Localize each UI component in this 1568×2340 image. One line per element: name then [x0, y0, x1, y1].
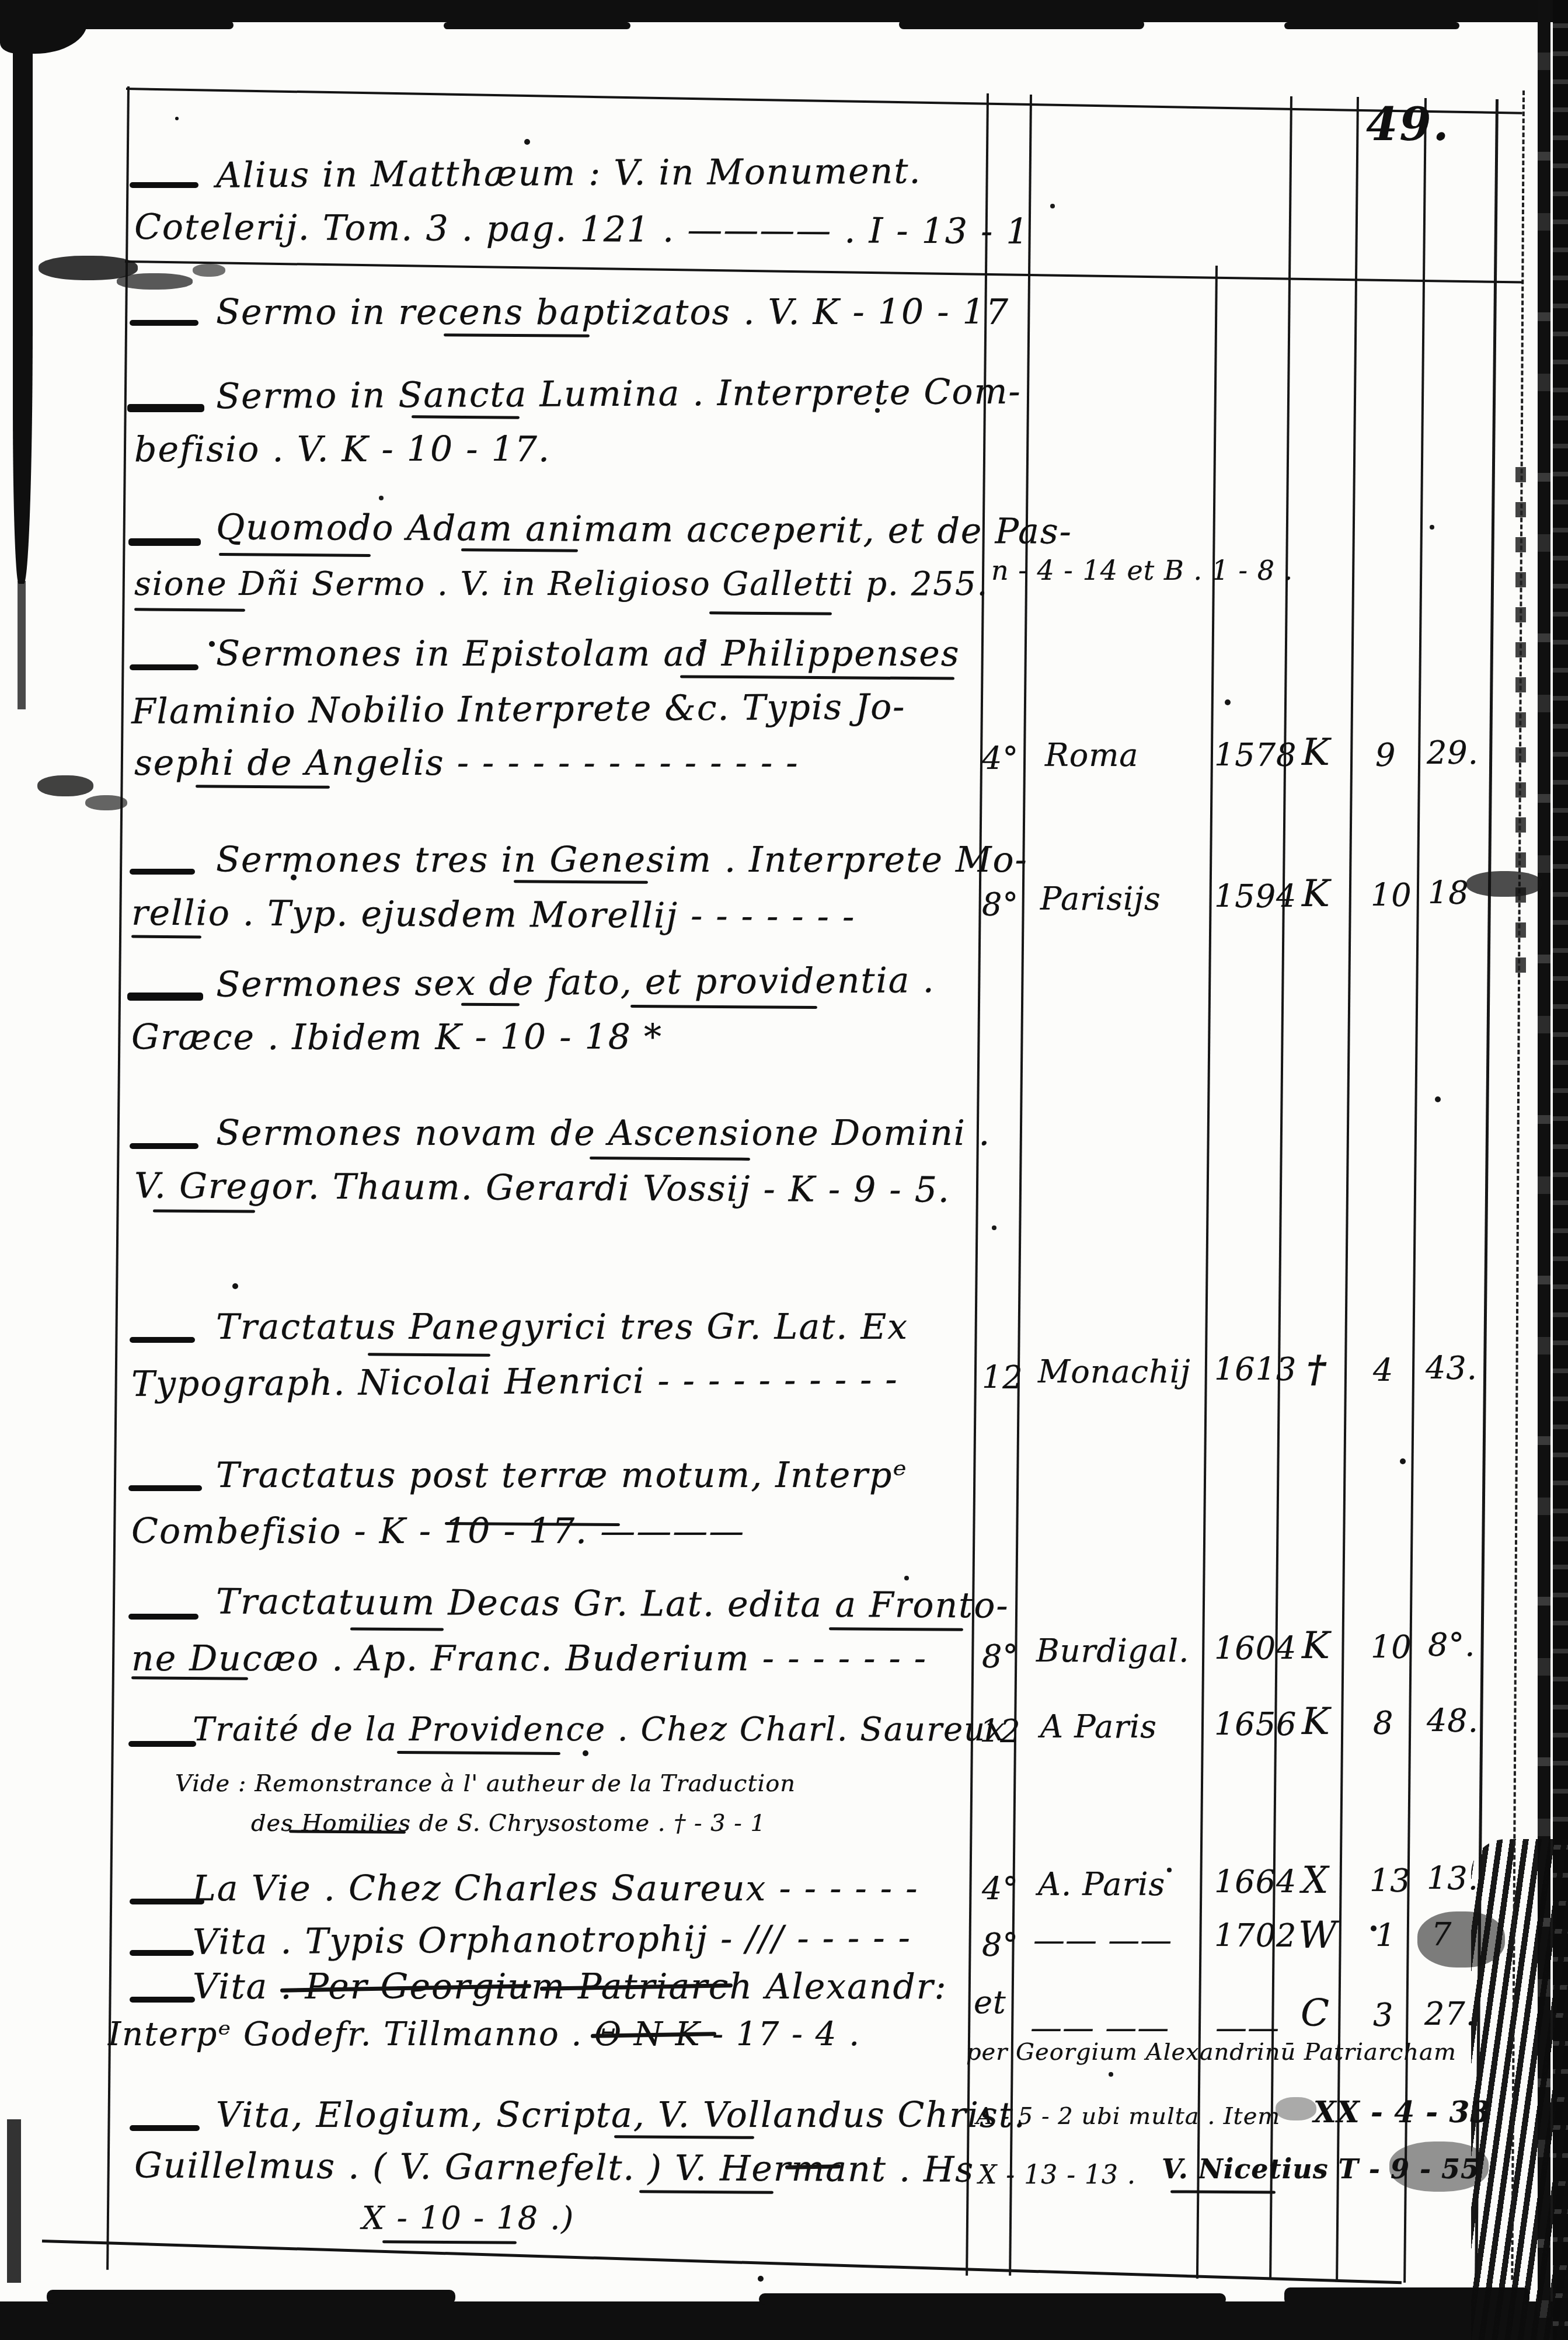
entry-marker	[130, 1337, 195, 1343]
format-cell: 12	[982, 1359, 1023, 1396]
year-cell: 1604	[1214, 1630, 1297, 1667]
letter-cell: X	[1302, 1859, 1329, 1902]
entry-line: Sermones sex de fato, et providentia .	[216, 960, 935, 1005]
entry-line: X - 10 - 18 .)	[362, 2200, 574, 2237]
letter-cell: K	[1302, 872, 1330, 915]
entry-line: Sermones novam de Ascensione Domini .	[216, 1113, 991, 1154]
number-cell: 13.	[1427, 1860, 1479, 1897]
scan-top-edge-rough	[82, 21, 234, 29]
scan-binding-widening	[1471, 1839, 1568, 2340]
letter-cell: W	[1298, 1914, 1337, 1957]
ink-blot	[1417, 1911, 1505, 1968]
year-cell: 1613	[1214, 1351, 1297, 1388]
entry-line: rellio . Typ. ejusdem Morellij - - - - -…	[131, 893, 856, 937]
underline	[368, 1353, 490, 1356]
scan-top-edge-rough	[444, 22, 630, 29]
entry-reference: X - 13 - 13 .	[978, 2160, 1136, 2190]
shelf-cell: 10	[1371, 1629, 1412, 1666]
underline	[680, 675, 954, 680]
entry-line: sephi de Angelis - - - - - - - - - - - -…	[134, 743, 799, 784]
entry-line: Sermo in Sancta Lumina . Interprete Com-	[216, 371, 1022, 417]
year-cell: 1664	[1214, 1864, 1297, 1900]
entry-marker	[130, 2125, 200, 2131]
table-header-bottom-rule	[125, 260, 1524, 284]
place-cell: —— ——	[1030, 2010, 1169, 2046]
format-cell: 8°	[982, 1638, 1019, 1675]
scan-top-edge-rough	[899, 20, 1144, 29]
underline	[1170, 2190, 1276, 2193]
scan-top-edge	[0, 0, 1568, 22]
entry-marker	[130, 320, 198, 326]
table-top-rule	[126, 88, 1522, 114]
letter-cell: K	[1302, 1624, 1330, 1667]
entry-line: Cotelerij. Tom. 3 . pag. 121 . ———— . I …	[134, 207, 1030, 252]
place-cell: —— ——	[1033, 1922, 1172, 1959]
place-cell: Monachij	[1038, 1353, 1191, 1390]
entry-line: Tractatus post terræ motum, Interpᵉ	[216, 1455, 908, 1496]
ink-smudge	[1389, 2141, 1489, 2192]
shelf-cell: 13	[1370, 1862, 1411, 1899]
shelf-cell: 3	[1373, 1997, 1393, 2033]
place-cell: A. Paris	[1038, 1866, 1165, 1903]
manuscript-catalog-page: 49. Alius in Matthæum : V. in Monument. …	[0, 0, 1568, 2340]
entry-marker	[130, 664, 198, 670]
shelf-cell: 9	[1375, 737, 1396, 774]
place-cell: Parisijs	[1040, 880, 1161, 917]
entry-line: Tractatuum Decas Gr. Lat. edita a Fronto…	[216, 1581, 1009, 1626]
letter-cell: †	[1306, 1347, 1326, 1391]
year-cell: 1578	[1214, 737, 1297, 774]
entry-marker	[128, 538, 201, 546]
underline	[614, 2135, 754, 2139]
ink-smudge	[117, 273, 193, 290]
letter-cell: K	[1302, 731, 1330, 774]
year-cell: 1702	[1214, 1917, 1297, 1954]
entry-line: La Vie . Chez Charles Saureux - - - - - …	[193, 1868, 918, 1909]
format-cell: 8°	[982, 1927, 1019, 1963]
entry-line: Sermones tres in Genesim . Interprete Mo…	[216, 840, 1028, 880]
entry-line: sione Dñi Sermo . V. in Religioso Gallet…	[134, 565, 988, 603]
underline	[219, 553, 371, 557]
letter-cell: C	[1301, 1992, 1330, 2035]
entry-line: Tractatus Panegyrici tres Gr. Lat. Ex	[216, 1307, 908, 1347]
underline	[709, 611, 832, 615]
entry-line: V. Gregor. Thaum. Gerardi Vossij - K - 9…	[134, 1165, 950, 1210]
ink-smudge	[85, 795, 127, 810]
year-cell: ——	[1215, 2010, 1280, 2046]
marginal-note-line: Vide : Remonstrance à l' autheur de la T…	[175, 1770, 796, 1797]
underline	[444, 333, 590, 337]
entry-marker	[128, 1741, 196, 1747]
entry-line: Flaminio Nobilio Interprete &c. Typis Jo…	[131, 687, 906, 732]
ink-smudge	[193, 264, 225, 277]
number-cell: 43.	[1426, 1350, 1478, 1387]
scan-top-edge-rough	[1284, 22, 1459, 29]
entry-marker	[128, 1485, 202, 1491]
entry-line: Græce . Ibidem K - 10 - 18 *	[131, 1017, 663, 1058]
scan-bottom-edge-rough	[759, 2293, 1226, 2305]
entry-reference: A - 5 - 2 ubi multa . Item	[976, 2103, 1280, 2130]
underline	[461, 1003, 520, 1007]
underline	[382, 2240, 517, 2244]
entry-marker	[128, 1614, 198, 1620]
letter-cell: K	[1302, 1700, 1330, 1743]
underline	[590, 1157, 750, 1161]
year-cell: 1594	[1214, 878, 1297, 915]
underline	[134, 608, 245, 611]
scan-speckles	[175, 117, 179, 120]
scan-left-edge	[13, 0, 33, 584]
ink-smudge	[1466, 871, 1542, 897]
entry-line: Quomodo Adam animam acceperit, et de Pas…	[216, 507, 1072, 552]
underline	[131, 935, 201, 939]
shelf-cell: 1	[1375, 1917, 1396, 1954]
entry-marker	[130, 1143, 198, 1149]
format-cell: 4°	[982, 1871, 1019, 1907]
number-cell: 48.	[1427, 1702, 1479, 1739]
entry-marker	[130, 1950, 194, 1956]
entry-line: Alius in Matthæum : V. in Monument.	[216, 151, 922, 196]
entry-line: Sermones in Epistolam ad Philippenses	[216, 633, 960, 674]
entry-line: Traité de la Providence . Chez Charl. Sa…	[193, 1711, 1006, 1749]
shelf-cell: 10	[1371, 877, 1412, 914]
scan-left-edge-bottom	[7, 2119, 21, 2283]
scan-bottom-edge-rough	[47, 2290, 455, 2304]
entry-line: Interpᵉ Godefr. Tillmanno . Θ N K - 17 -…	[108, 2015, 860, 2053]
place-cell: Burdigal.	[1036, 1632, 1189, 1669]
number-cell: 27.	[1424, 1996, 1476, 2032]
underline	[639, 2190, 773, 2194]
underline	[514, 880, 648, 884]
underline	[461, 548, 578, 552]
underline	[131, 1676, 248, 1680]
entry-marker	[130, 1997, 195, 2003]
ink-smudge	[37, 775, 93, 796]
underline	[630, 1005, 817, 1009]
entry-marker	[130, 182, 198, 188]
shelf-cell: 4	[1373, 1352, 1393, 1389]
number-cell: 8°.	[1428, 1627, 1476, 1663]
entry-line: Combefisio - K - 10 - 17. ————	[131, 1511, 745, 1552]
page-number: 49.	[1366, 98, 1451, 151]
ink-smudge	[1276, 2097, 1316, 2120]
entry-line: befisio . V. K - 10 - 17.	[134, 429, 550, 470]
format-cell: 4°	[982, 740, 1019, 777]
underline	[829, 1627, 963, 1631]
entry-shelfmark-note: n - 4 - 14 et B . 1 - 8 .	[991, 555, 1293, 586]
underline	[350, 1627, 444, 1631]
underline	[196, 785, 330, 789]
entry-line: Guillelmus . ( V. Garnefelt. ) V. Herman…	[134, 2145, 975, 2191]
number-cell: 29.	[1427, 734, 1479, 771]
underline	[397, 1751, 560, 1755]
entry-marker	[127, 993, 203, 1001]
entry-line: Vita . Typis Orphanotrophij - /// - - - …	[193, 1917, 911, 1963]
underline	[412, 415, 520, 419]
year-cell: 1656	[1214, 1706, 1297, 1743]
format-cell: 8°	[982, 886, 1019, 923]
scan-bottom-edge	[0, 2301, 1568, 2340]
table-left-border	[106, 86, 130, 2270]
underline	[153, 1209, 255, 1213]
entry-line: Typograph. Nicolai Henrici - - - - - - -…	[131, 1359, 898, 1405]
entry-line: Vita, Elogium, Scripta, V. Vollandus Chr…	[216, 2095, 1026, 2136]
number-cell: 18	[1428, 875, 1469, 911]
scan-left-edge-faint	[18, 581, 26, 709]
entry-line: ne Ducæo . Ap. Franc. Buderium - - - - -…	[131, 1638, 927, 1679]
shelf-cell: 8	[1373, 1705, 1393, 1742]
entry-reference: XX - 4 - 33	[1313, 2095, 1491, 2129]
place-cell: Roma	[1045, 737, 1139, 774]
col-rule-letter-shelf	[1336, 97, 1359, 2280]
entry-marker	[127, 404, 204, 412]
format-cell: 12	[980, 1713, 1021, 1750]
place-cell: A Paris	[1040, 1708, 1157, 1745]
format-cell: et	[974, 1984, 1006, 2021]
entry-line: Sermo in recens baptizatos . V. K - 10 -…	[216, 292, 1009, 333]
entry-marker	[130, 869, 195, 875]
